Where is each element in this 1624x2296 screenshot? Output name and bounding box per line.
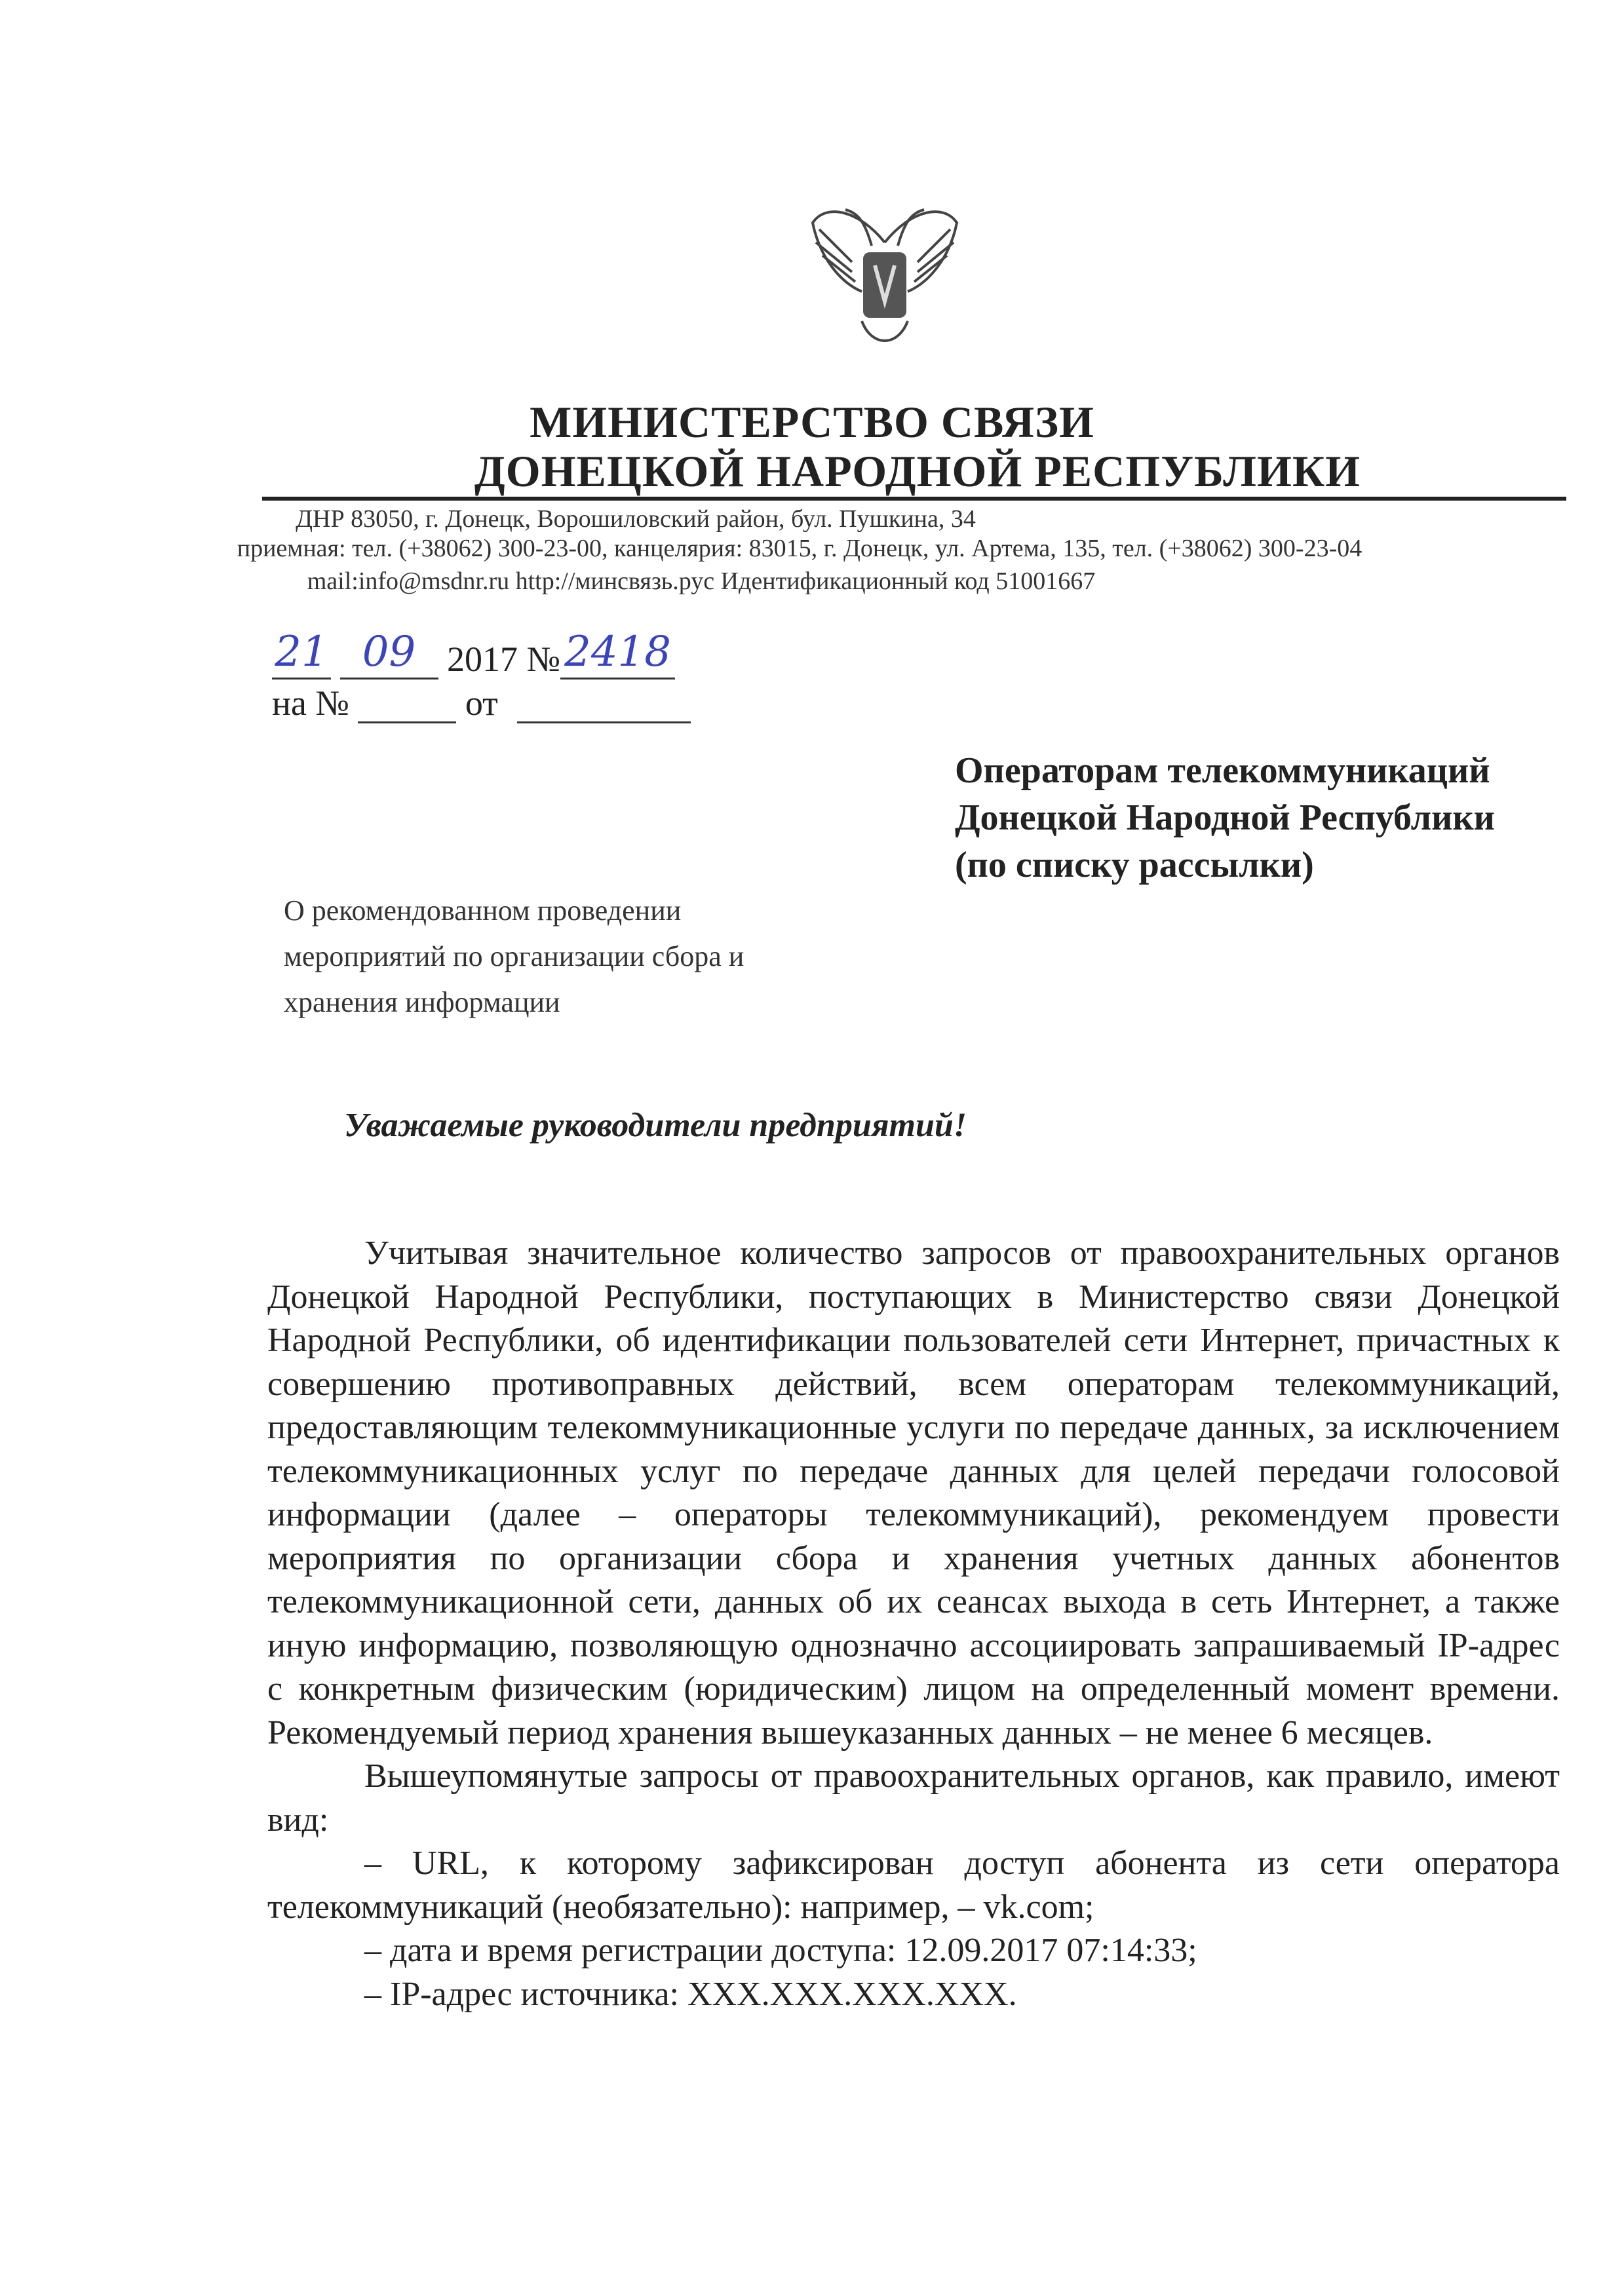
reg-number-handwritten: 2418	[560, 628, 675, 676]
coat-of-arms-emblem-icon	[800, 183, 970, 360]
list-item: – дата и время регистрации доступа: 12.0…	[267, 1929, 1560, 1973]
ref-date-blank	[517, 687, 691, 723]
body-paragraph: Учитывая значительное количество запросо…	[267, 1232, 1560, 1755]
subject-block: О рекомендованном проведении мероприятий…	[284, 888, 744, 1025]
ref-number-blank	[358, 687, 456, 723]
reg-number-label: №	[527, 640, 561, 679]
addressee-block: Операторам телекоммуникаций Донецкой Нар…	[955, 747, 1495, 889]
reg-month-handwritten: 09	[340, 628, 438, 676]
subject-line1: О рекомендованном проведении	[284, 888, 744, 934]
list-item: – URL, к которому зафиксирован доступ аб…	[267, 1842, 1560, 1929]
reg-day-field: 21	[272, 643, 331, 679]
ref-prefix: на №	[272, 683, 349, 723]
ministry-title-line1: МИНИСТЕРСТВО СВЯЗИ	[0, 396, 1624, 448]
subject-line3: хранения информации	[284, 980, 744, 1025]
reg-year: 2017	[447, 640, 518, 679]
reg-day-handwritten: 21	[272, 628, 331, 676]
contacts-line: приемная: тел. (+38062) 300-23-00, канце…	[0, 534, 1599, 563]
address-line: ДНР 83050, г. Донецк, Ворошиловский райо…	[0, 505, 1271, 533]
reg-number-field: 2418	[560, 643, 675, 679]
ref-from-label: от	[465, 683, 498, 723]
letterhead-divider	[262, 497, 1566, 501]
registration-line: 21 09 2017 №2418	[272, 639, 675, 679]
email-web-line: mail:info@msdnr.ru http://минсвязь.рус И…	[0, 567, 1402, 596]
body-paragraph: Вышеупомянутые запросы от правоохранител…	[267, 1755, 1560, 1842]
addressee-line3: (по списку рассылки)	[955, 841, 1495, 889]
subject-line2: мероприятий по организации сбора и	[284, 934, 744, 980]
letter-body: Учитывая значительное количество запросо…	[267, 1232, 1560, 2016]
salutation: Уважаемые руководители предприятий!	[0, 1106, 1311, 1145]
reg-month-field: 09	[340, 643, 438, 679]
ministry-title-line2: ДОНЕЦКОЙ НАРОДНОЙ РЕСПУБЛИКИ	[262, 446, 1573, 497]
addressee-line2: Донецкой Народной Республики	[955, 794, 1495, 841]
reference-line: на № от	[272, 683, 691, 723]
addressee-line1: Операторам телекоммуникаций	[955, 747, 1495, 794]
list-item: – IP-адрес источника: XXX.XXX.XXX.XXX.	[267, 1973, 1560, 2017]
